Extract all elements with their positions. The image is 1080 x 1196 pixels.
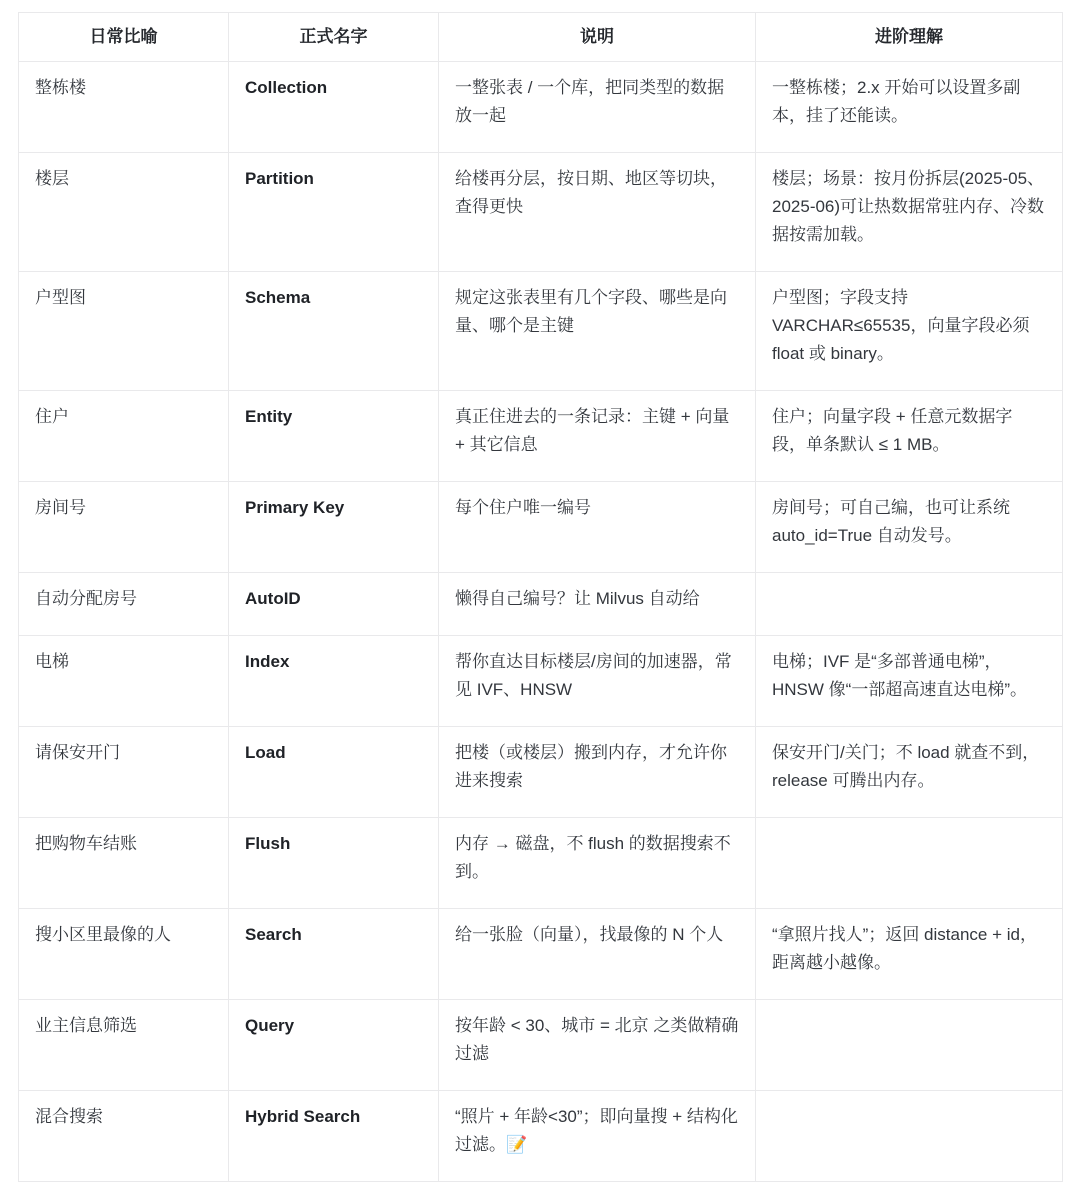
desc-cell: 真正住进去的一条记录：主键 + 向量 + 其它信息 xyxy=(439,391,756,482)
table-row: 请保安开门Load把楼（或楼层）搬到内存，才允许你进来搜索保安开门/关门；不 l… xyxy=(19,727,1063,818)
page: 日常比喻 正式名字 说明 进阶理解 整栋楼Collection一整张表 / 一个… xyxy=(0,0,1080,1196)
advanced-cell: 保安开门/关门；不 load 就查不到，release 可腾出内存。 xyxy=(756,727,1063,818)
advanced-cell xyxy=(756,573,1063,636)
formal-name-text: Entity xyxy=(245,407,292,426)
name-cell: AutoID xyxy=(229,573,439,636)
desc-cell: 每个住户唯一编号 xyxy=(439,482,756,573)
formal-name-text: Load xyxy=(245,743,286,762)
name-cell: Flush xyxy=(229,818,439,909)
metaphor-cell: 搜小区里最像的人 xyxy=(19,909,229,1000)
metaphor-cell: 业主信息筛选 xyxy=(19,1000,229,1091)
table-row: 把购物车结账Flush内存 → 磁盘，不 flush 的数据搜索不到。 xyxy=(19,818,1063,909)
advanced-cell: 电梯；IVF 是“多部普通电梯”，HNSW 像“一部超高速直达电梯”。 xyxy=(756,636,1063,727)
metaphor-cell: 户型图 xyxy=(19,272,229,391)
formal-name-text: Search xyxy=(245,925,302,944)
table-row: 业主信息筛选Query按年龄 < 30、城市 = 北京 之类做精确过滤 xyxy=(19,1000,1063,1091)
metaphor-cell: 混合搜索 xyxy=(19,1091,229,1182)
table-body: 整栋楼Collection一整张表 / 一个库，把同类型的数据放一起一整栋楼；2… xyxy=(19,62,1063,1182)
advanced-cell xyxy=(756,818,1063,909)
formal-name-text: Primary Key xyxy=(245,498,344,517)
formal-name-text: Partition xyxy=(245,169,314,188)
metaphor-cell: 请保安开门 xyxy=(19,727,229,818)
metaphor-cell: 房间号 xyxy=(19,482,229,573)
desc-cell: 帮你直达目标楼层/房间的加速器，常见 IVF、HNSW xyxy=(439,636,756,727)
table-row: 楼层Partition给楼再分层，按日期、地区等切块，查得更快楼层；场景：按月份… xyxy=(19,153,1063,272)
desc-cell: 把楼（或楼层）搬到内存，才允许你进来搜索 xyxy=(439,727,756,818)
advanced-cell: 楼层；场景：按月份拆层(2025-05、2025-06)可让热数据常驻内存、冷数… xyxy=(756,153,1063,272)
advanced-cell: 户型图；字段支持 VARCHAR≤65535，向量字段必须 float 或 bi… xyxy=(756,272,1063,391)
desc-cell: 给一张脸（向量），找最像的 N 个人 xyxy=(439,909,756,1000)
advanced-cell xyxy=(756,1000,1063,1091)
table-row: 自动分配房号AutoID懒得自己编号？让 Milvus 自动给 xyxy=(19,573,1063,636)
formal-name-text: Flush xyxy=(245,834,290,853)
milvus-concept-table: 日常比喻 正式名字 说明 进阶理解 整栋楼Collection一整张表 / 一个… xyxy=(18,12,1063,1182)
name-cell: Search xyxy=(229,909,439,1000)
name-cell: Partition xyxy=(229,153,439,272)
desc-cell: 按年龄 < 30、城市 = 北京 之类做精确过滤 xyxy=(439,1000,756,1091)
metaphor-cell: 自动分配房号 xyxy=(19,573,229,636)
name-cell: Load xyxy=(229,727,439,818)
name-cell: Schema xyxy=(229,272,439,391)
table-header: 日常比喻 正式名字 说明 进阶理解 xyxy=(19,13,1063,62)
desc-cell: 规定这张表里有几个字段、哪些是向量、哪个是主键 xyxy=(439,272,756,391)
table-row: 房间号Primary Key每个住户唯一编号房间号；可自己编，也可让系统 aut… xyxy=(19,482,1063,573)
name-cell: Query xyxy=(229,1000,439,1091)
formal-name-text: Query xyxy=(245,1016,294,1035)
name-cell: Index xyxy=(229,636,439,727)
table-row: 混合搜索Hybrid Search“照片 + 年龄<30”；即向量搜 + 结构化… xyxy=(19,1091,1063,1182)
desc-cell: 懒得自己编号？让 Milvus 自动给 xyxy=(439,573,756,636)
name-cell: Hybrid Search xyxy=(229,1091,439,1182)
metaphor-cell: 电梯 xyxy=(19,636,229,727)
advanced-cell: 房间号；可自己编，也可让系统 auto_id=True 自动发号。 xyxy=(756,482,1063,573)
header-description: 说明 xyxy=(439,13,756,62)
metaphor-cell: 整栋楼 xyxy=(19,62,229,153)
desc-cell: 内存 → 磁盘，不 flush 的数据搜索不到。 xyxy=(439,818,756,909)
name-cell: Primary Key xyxy=(229,482,439,573)
formal-name-text: Hybrid Search xyxy=(245,1107,360,1126)
table-row: 户型图Schema规定这张表里有几个字段、哪些是向量、哪个是主键户型图；字段支持… xyxy=(19,272,1063,391)
advanced-cell: 住户；向量字段 + 任意元数据字段，单条默认 ≤ 1 MB。 xyxy=(756,391,1063,482)
table-row: 电梯Index帮你直达目标楼层/房间的加速器，常见 IVF、HNSW电梯；IVF… xyxy=(19,636,1063,727)
table-row: 搜小区里最像的人Search给一张脸（向量），找最像的 N 个人“拿照片找人”；… xyxy=(19,909,1063,1000)
table-row: 整栋楼Collection一整张表 / 一个库，把同类型的数据放一起一整栋楼；2… xyxy=(19,62,1063,153)
header-row: 日常比喻 正式名字 说明 进阶理解 xyxy=(19,13,1063,62)
name-cell: Collection xyxy=(229,62,439,153)
header-metaphor: 日常比喻 xyxy=(19,13,229,62)
desc-cell: 一整张表 / 一个库，把同类型的数据放一起 xyxy=(439,62,756,153)
metaphor-cell: 把购物车结账 xyxy=(19,818,229,909)
desc-cell: 给楼再分层，按日期、地区等切块，查得更快 xyxy=(439,153,756,272)
table-row: 住户Entity真正住进去的一条记录：主键 + 向量 + 其它信息住户；向量字段… xyxy=(19,391,1063,482)
formal-name-text: Collection xyxy=(245,78,327,97)
metaphor-cell: 住户 xyxy=(19,391,229,482)
advanced-cell xyxy=(756,1091,1063,1182)
formal-name-text: Index xyxy=(245,652,289,671)
advanced-cell: 一整栋楼；2.x 开始可以设置多副本，挂了还能读。 xyxy=(756,62,1063,153)
desc-cell: “照片 + 年龄<30”；即向量搜 + 结构化过滤。📝 xyxy=(439,1091,756,1182)
header-advanced: 进阶理解 xyxy=(756,13,1063,62)
formal-name-text: Schema xyxy=(245,288,310,307)
header-formal-name: 正式名字 xyxy=(229,13,439,62)
name-cell: Entity xyxy=(229,391,439,482)
metaphor-cell: 楼层 xyxy=(19,153,229,272)
advanced-cell: “拿照片找人”；返回 distance + id，距离越小越像。 xyxy=(756,909,1063,1000)
formal-name-text: AutoID xyxy=(245,589,301,608)
